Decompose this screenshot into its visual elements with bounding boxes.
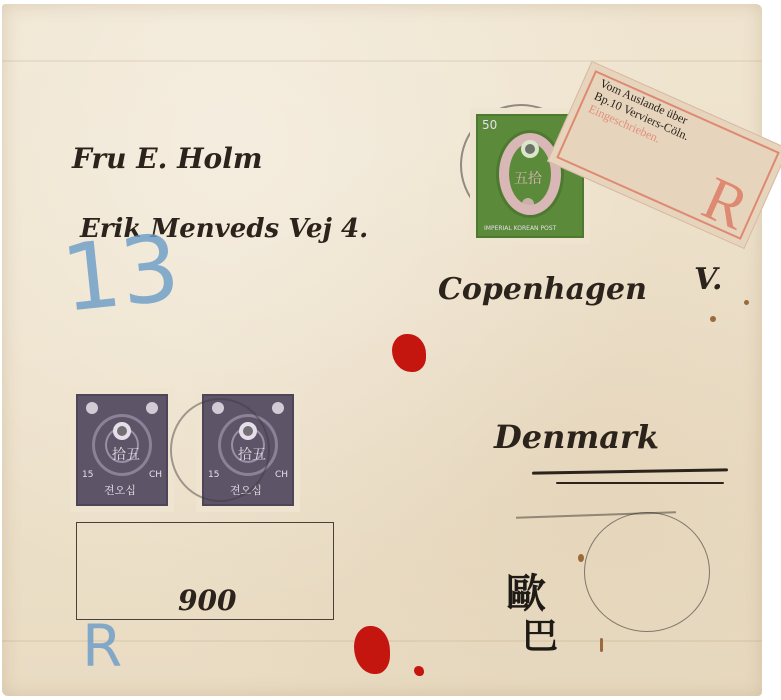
faint-circular-mark <box>584 512 710 632</box>
stamp-currency: CH <box>149 470 162 480</box>
blue-crayon-letter: R <box>82 612 122 680</box>
address-district: V. <box>694 262 722 297</box>
address-line-1: Fru E. Holm <box>72 142 262 175</box>
plum-blossom-icon <box>86 402 98 414</box>
foxing-spot <box>578 554 584 562</box>
address-city: Copenhagen <box>438 272 647 307</box>
foxing-spot <box>600 638 603 652</box>
stamp-inscription: IMPERIAL KOREAN POST <box>484 225 556 232</box>
plum-blossom-icon <box>272 402 284 414</box>
stamp-purple-15-left: 拾五 15 CH 젼오십 <box>70 388 174 512</box>
taeguk-icon <box>113 422 131 440</box>
stamp-denomination: 50 <box>482 118 497 132</box>
stamp-center-chars: 五拾 <box>514 168 542 188</box>
postmark-circle <box>170 398 270 502</box>
foxing-spot <box>710 316 716 322</box>
registration-number: 900 <box>178 584 236 617</box>
stamp-korean-text: 젼오십 <box>104 482 136 498</box>
plum-blossom-icon <box>522 198 534 210</box>
stamp-denomination: 15 <box>82 470 93 480</box>
blue-crayon-numeral: 13 <box>57 214 185 333</box>
taeguk-icon <box>521 140 539 158</box>
address-country: Denmark <box>494 418 659 456</box>
stamp-currency: CH <box>275 470 288 480</box>
fold-crease-top <box>2 60 762 62</box>
foxing-spot <box>744 300 749 305</box>
stamp-center-chars: 拾五 <box>112 444 140 464</box>
plum-blossom-icon <box>146 402 158 414</box>
kanji-europe-2: 巴 <box>522 608 558 659</box>
wax-drop <box>414 666 424 676</box>
country-underline-2 <box>556 482 724 484</box>
